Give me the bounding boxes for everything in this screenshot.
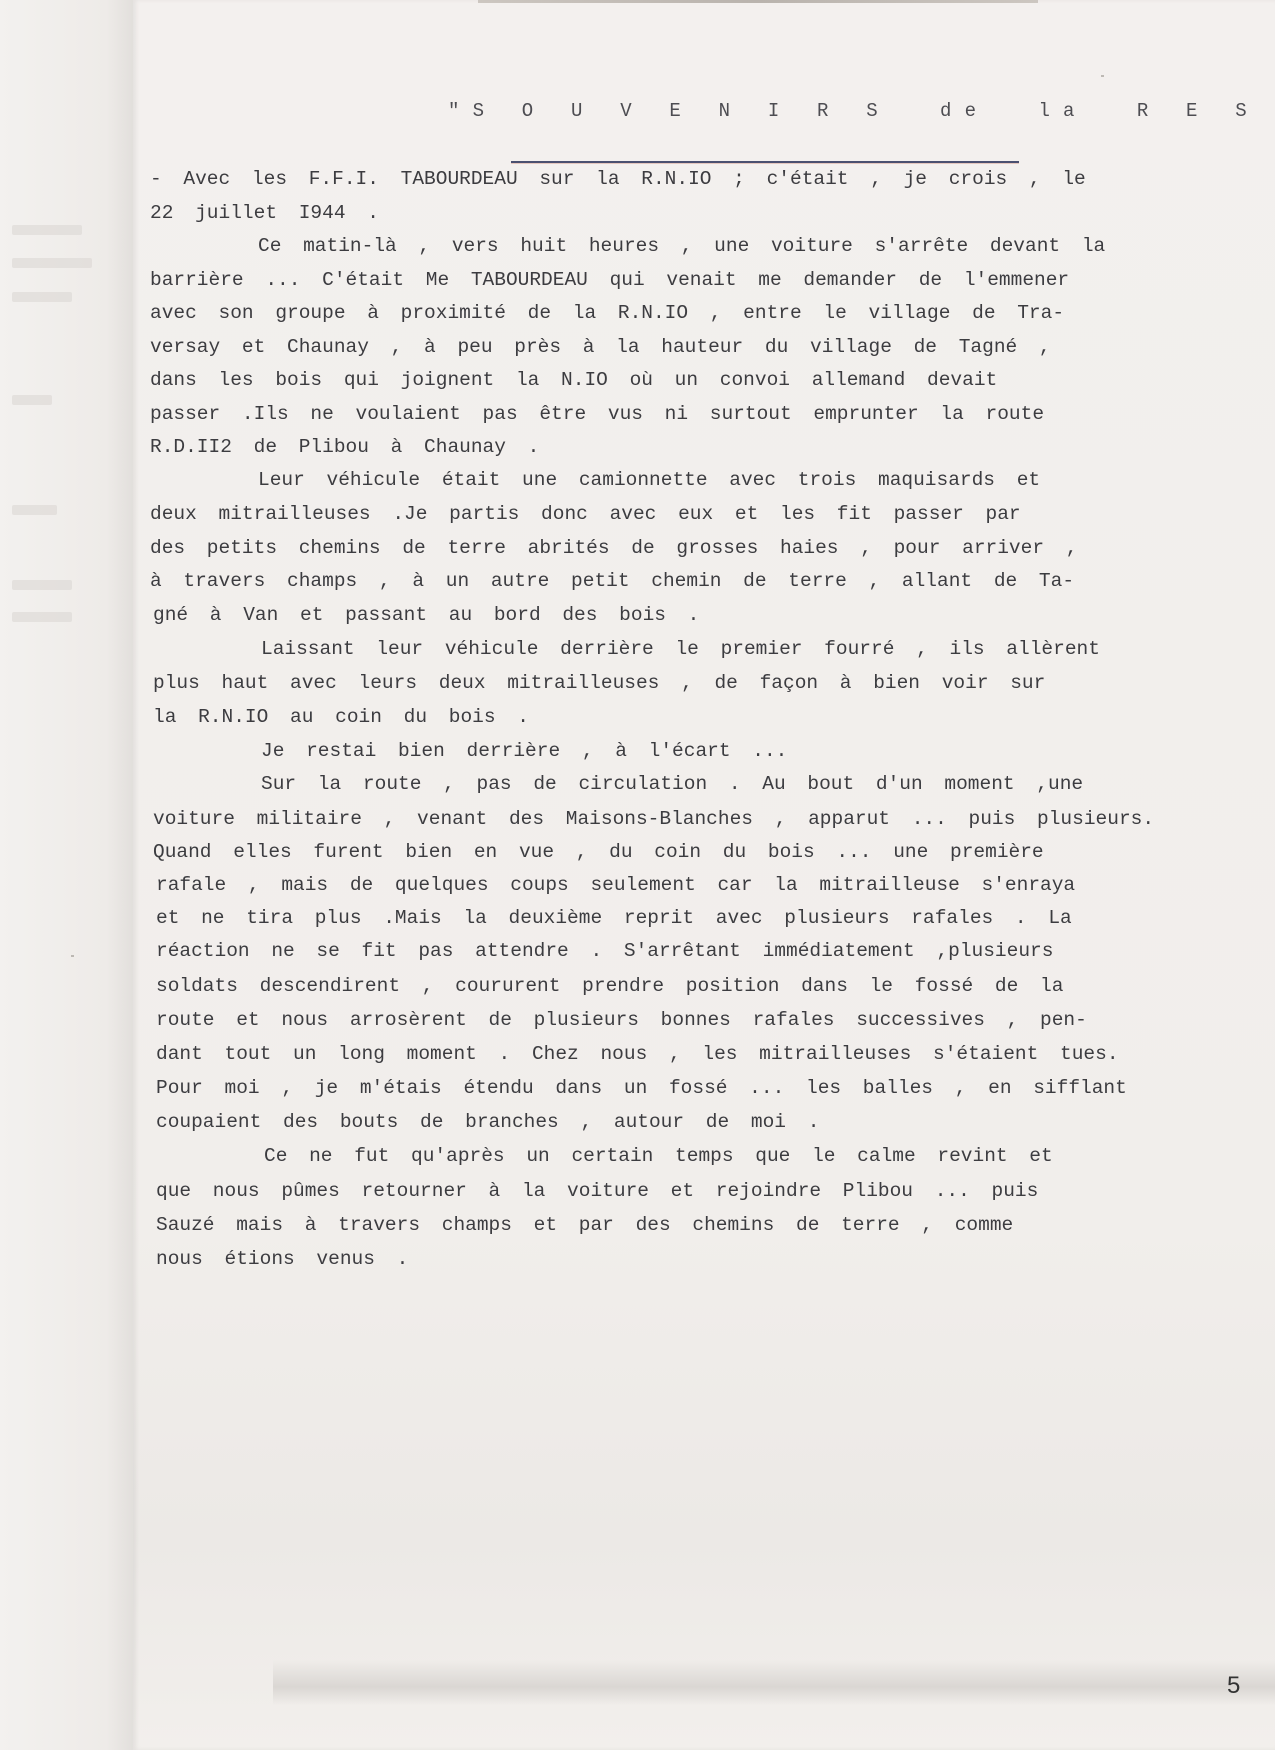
text-line: Quand elles furent bien en vue , du coin… [153,841,1044,863]
text-line: Pour moi , je m'étais étendu dans un fos… [156,1077,1127,1099]
document-title: "S O U V E N I R S de la R E S I S T A N… [448,100,1275,122]
bleed-through-mark [12,258,92,268]
text-line: coupaient des bouts de branches , autour… [156,1111,819,1133]
text-line: R.D.II2 de Plibou à Chaunay . [150,436,539,458]
text-line: barrière ... C'était Me TABOURDEAU qui v… [150,269,1069,291]
text-line: et ne tira plus .Mais la deuxième reprit… [156,907,1072,929]
text-line: rafale , mais de quelques coups seulemen… [156,874,1075,896]
text-line: Ce matin-là , vers huit heures , une voi… [150,235,1105,257]
typed-page: "S O U V E N I R S de la R E S I S T A N… [133,0,1275,1750]
scan-shadow-band [273,1660,1275,1705]
text-line: gné à Van et passant au bord des bois . [153,604,699,626]
text-line: réaction ne se fit pas attendre . S'arrê… [156,940,1053,962]
text-line: des petits chemins de terre abrités de g… [150,537,1077,559]
adjacent-page-edge [0,0,133,1750]
bleed-through-mark [12,580,72,590]
text-line: soldats descendirent , coururent prendre… [156,975,1063,997]
text-line: Sur la route , pas de circulation . Au b… [153,773,1083,795]
text-line: - Avec les F.F.I. TABOURDEAU sur la R.N.… [150,168,1086,190]
text-line: avec son groupe à proximité de la R.N.IO… [150,302,1064,324]
text-line: Sauzé mais à travers champs et par des c… [156,1214,1013,1236]
text-line: deux mitrailleuses .Je partis donc avec … [150,503,1021,525]
paper-speck [71,955,74,957]
text-line: dans les bois qui joignent la N.IO où un… [150,369,997,391]
text-line: Je restai bien derrière , à l'écart ... [153,740,787,762]
text-line: passer .Ils ne voulaient pas être vus ni… [150,403,1044,425]
bleed-through-mark [12,292,72,302]
page-top-edge [478,0,1038,3]
bleed-through-mark [12,395,52,405]
text-line: Leur véhicule était une camionnette avec… [150,469,1040,491]
bleed-through-mark [12,225,82,235]
text-line: nous étions venus . [156,1248,408,1270]
text-line: 22 juillet I944 . [150,202,379,224]
bleed-through-mark [12,505,57,515]
text-line: voiture militaire , venant des Maisons-B… [153,808,1154,830]
text-line: que nous pûmes retourner à la voiture et… [156,1180,1038,1202]
bleed-through-mark [12,612,72,622]
text-line: Laissant leur véhicule derrière le premi… [153,638,1100,660]
text-line: route et nous arrosèrent de plusieurs bo… [156,1009,1087,1031]
text-line: à travers champs , à un autre petit chem… [150,570,1074,592]
title-underline [511,161,1019,163]
page-number: 5 [1227,1672,1240,1700]
text-line: plus haut avec leurs deux mitrailleuses … [153,672,1045,694]
text-line: dant tout un long moment . Chez nous , l… [156,1043,1119,1065]
paper-speck [1101,75,1104,77]
text-line: versay et Chaunay , à peu près à la haut… [150,336,1051,358]
text-line: la R.N.IO au coin du bois . [153,706,529,728]
text-line: Ce ne fut qu'après un certain temps que … [156,1145,1053,1167]
